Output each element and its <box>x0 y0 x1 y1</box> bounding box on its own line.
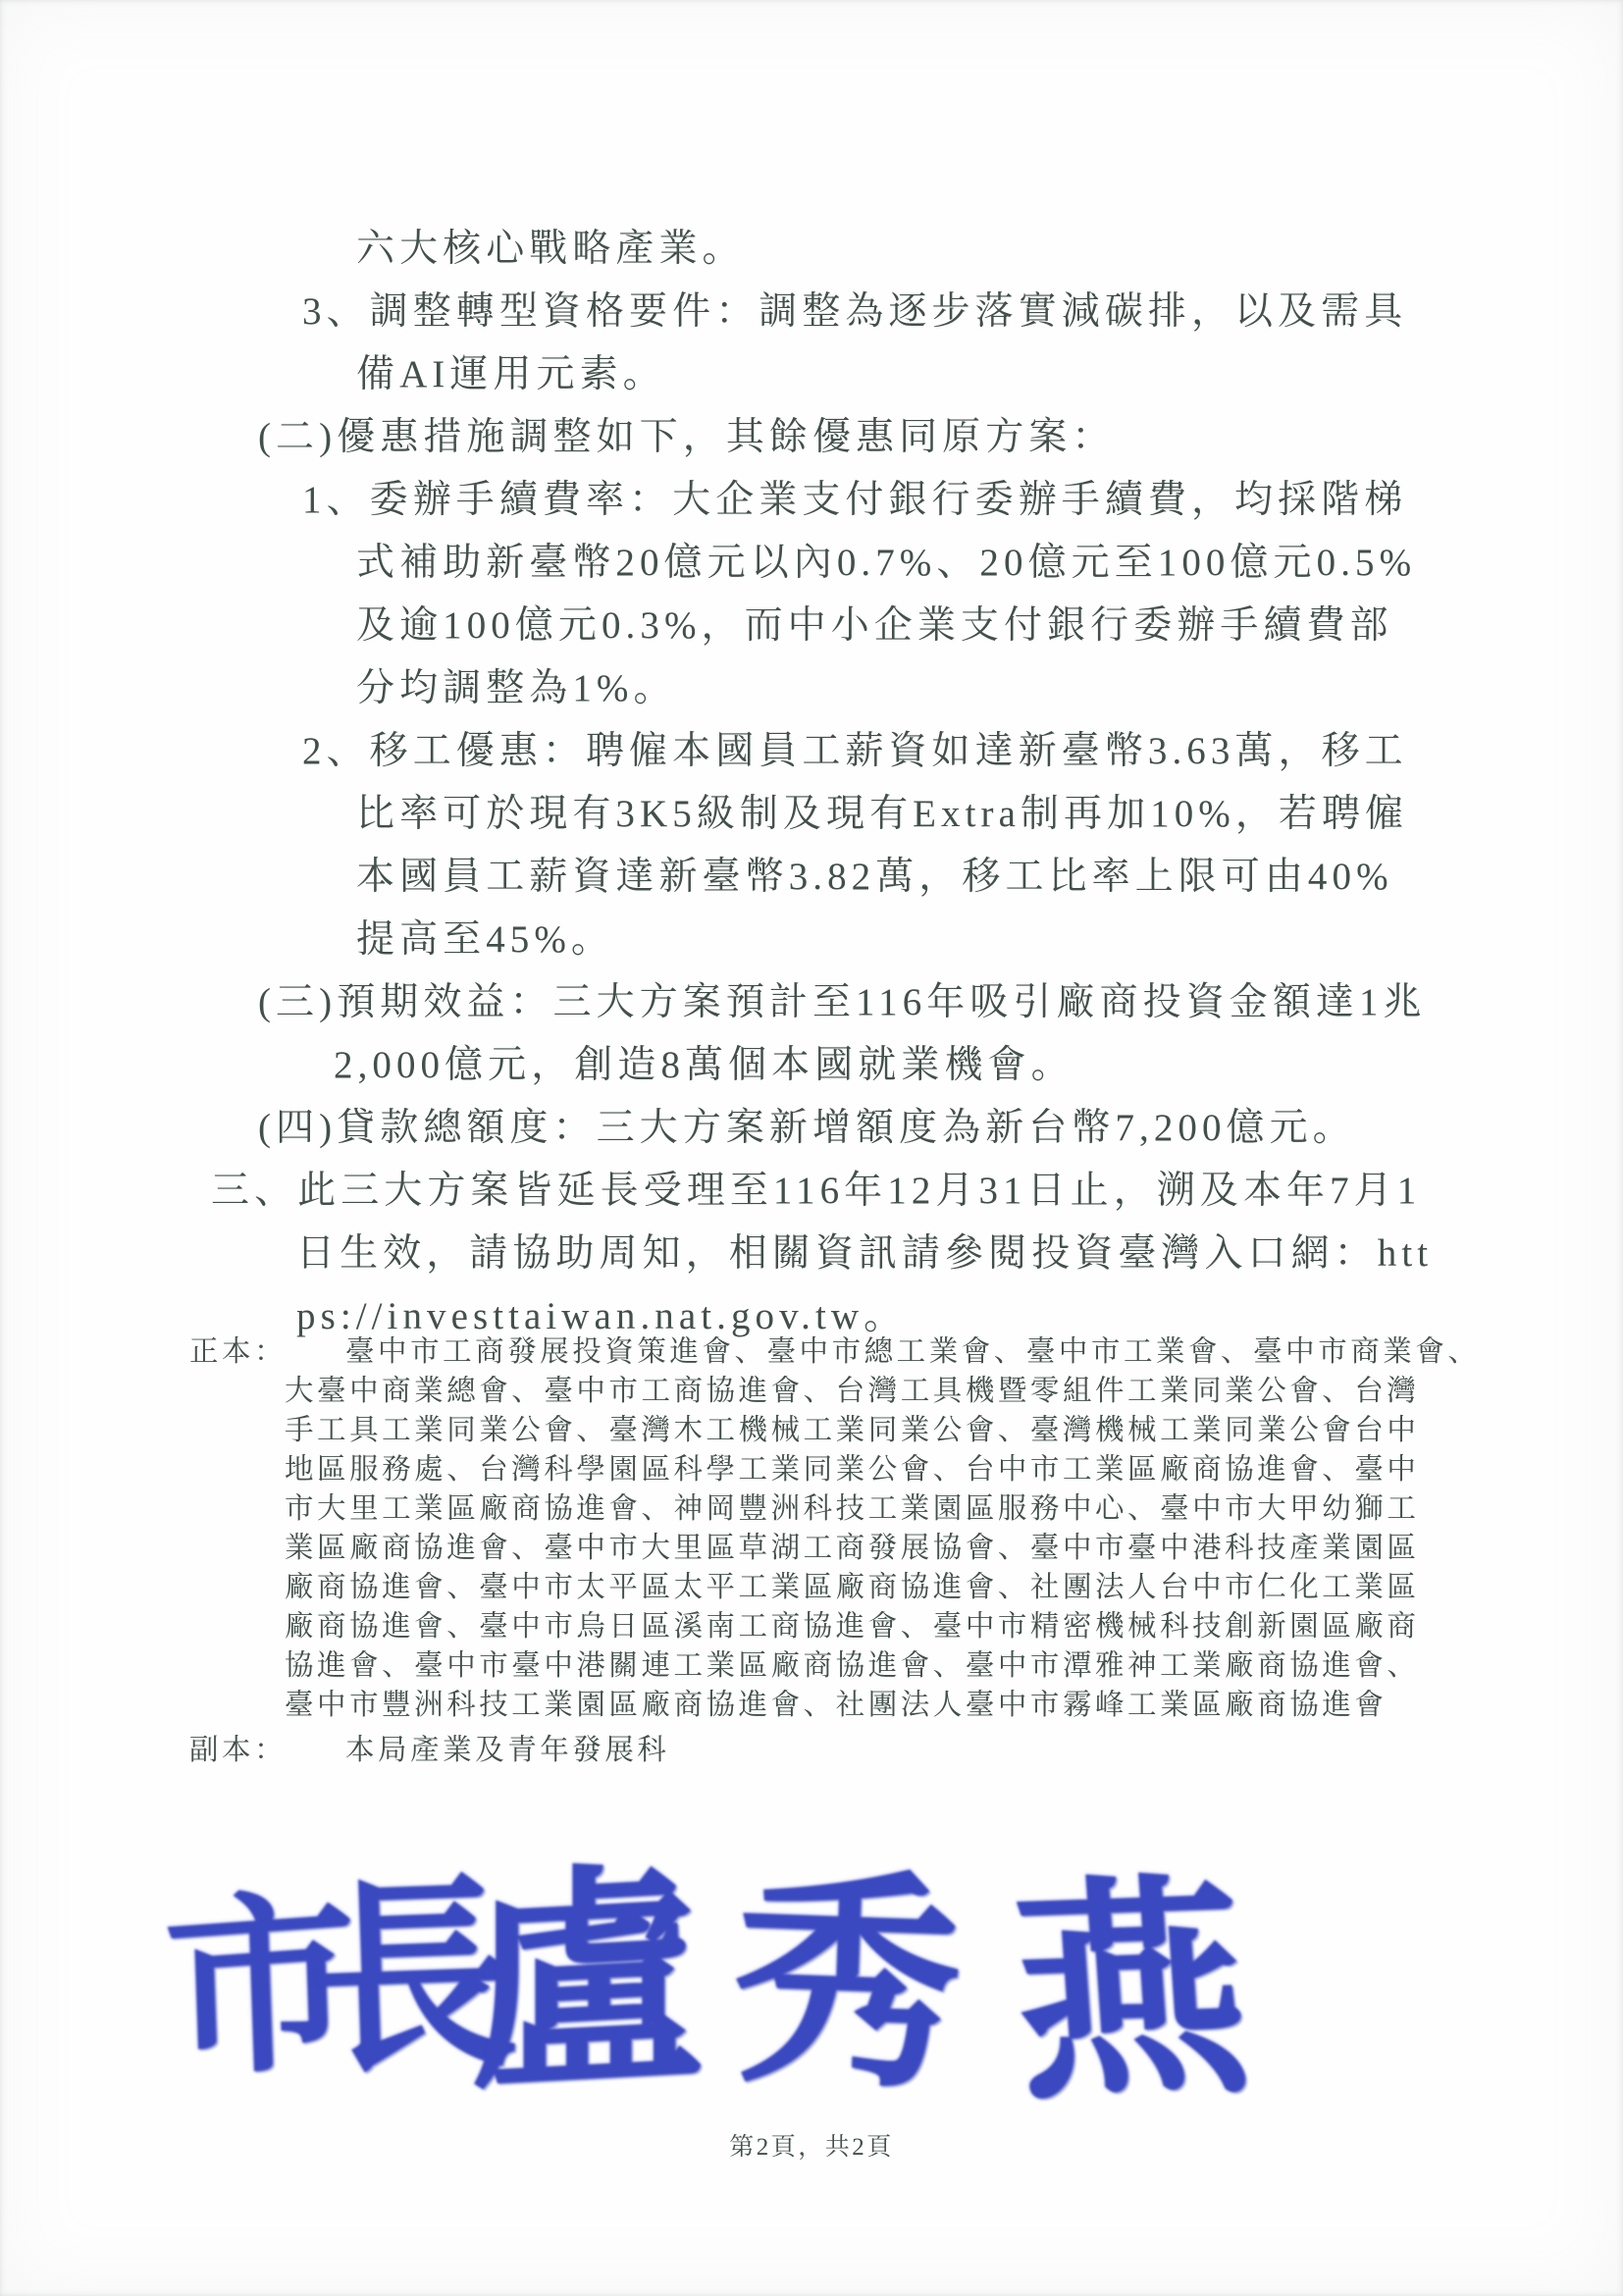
signature-character: 市 <box>160 1826 360 2114</box>
mayor-signature-stamp: 市 長 盧 秀 燕 <box>0 1796 1623 2119</box>
recipient-line: 業區廠商協進會、臺中市大里區草湖工商發展協會、臺中市臺中港科技產業園區 <box>285 1529 1623 1568</box>
recipient-line: 廠商協進會、臺中市烏日區溪南工商協進會、臺中市精密機械科技創新園區廠商 <box>285 1607 1623 1646</box>
body-line: 提高至45%。 <box>356 909 1623 971</box>
body-line: (三)預期效益：三大方案預計至116年吸引廠商投資金額達1兆 <box>258 971 1623 1034</box>
signature-character: 盧 <box>469 1790 703 2138</box>
signature-character: 長 <box>305 1809 521 2113</box>
recipient-line: 協進會、臺中市臺中港關連工業區廠商協進會、臺中市潭雅神工業廠商協進會、 <box>285 1646 1623 1686</box>
body-line: 本國員工薪資達新臺幣3.82萬，移工比率上限可由40% <box>356 846 1623 909</box>
copy-recipients-lines: 本局產業及青年發展科 <box>285 1731 1623 1770</box>
body-line: 及逾100億元0.3%，而中小企業支付銀行委辦手續費部 <box>356 595 1623 657</box>
body-line: (二)優惠措施調整如下，其餘優惠同原方案： <box>258 406 1623 469</box>
body-line: 3、調整轉型資格要件：調整為逐步落實減碳排，以及需具 <box>302 281 1623 343</box>
copy-recipients-label: 副本： <box>189 1731 287 1770</box>
body-line: 備AI運用元素。 <box>356 343 1623 406</box>
body-line: 2,000億元，創造8萬個本國就業機會。 <box>334 1034 1623 1097</box>
body-line: 1、委辦手續費率：大企業支付銀行委辦手續費，均採階梯 <box>302 469 1623 532</box>
body-line: 日生效，請協助周知，相關資訊請參閱投資臺灣入口網：htt <box>296 1223 1623 1285</box>
recipient-line: 廠商協進會、臺中市太平區太平工業區廠商協進會、社團法人台中市仁化工業區 <box>285 1568 1623 1607</box>
body-line: 分均調整為1%。 <box>356 657 1623 720</box>
recipient-line: 市大里工業區廠商協進會、神岡豐洲科技工業園區服務中心、臺中市大甲幼獅工 <box>285 1489 1623 1529</box>
recipient-line: 臺中市工商發展投資策進會、臺中市總工業會、臺中市工業會、臺中市商業會、 <box>285 1332 1623 1372</box>
original-recipients-lines: 臺中市工商發展投資策進會、臺中市總工業會、臺中市工業會、臺中市商業會、 大臺中商… <box>285 1332 1623 1725</box>
original-recipients-row: 正本： 臺中市工商發展投資策進會、臺中市總工業會、臺中市工業會、臺中市商業會、 … <box>0 1332 1623 1725</box>
signature-character: 秀 <box>728 1798 967 2132</box>
scanned-document-page: 六大核心戰略產業。 3、調整轉型資格要件：調整為逐步落實減碳排，以及需具 備AI… <box>0 0 1623 2296</box>
signature-character: 燕 <box>1001 1801 1258 2145</box>
body-line: 式補助新臺幣20億元以內0.7%、20億元至100億元0.5% <box>356 532 1623 595</box>
recipient-line: 大臺中商業總會、臺中市工商協進會、台灣工具機暨零組件工業同業公會、台灣 <box>285 1372 1623 1411</box>
recipient-line: 臺中市豐洲科技工業園區廠商協進會、社團法人臺中市霧峰工業區廠商協進會 <box>285 1686 1623 1725</box>
body-line: 三、此三大方案皆延長受理至116年12月31日止，溯及本年7月1 <box>211 1160 1623 1223</box>
document-body: 六大核心戰略產業。 3、調整轉型資格要件：調整為逐步落實減碳排，以及需具 備AI… <box>0 218 1623 1348</box>
page-number-footer: 第2頁，共2頁 <box>0 2127 1623 2163</box>
recipient-line: 地區服務處、台灣科學園區科學工業同業公會、台中市工業區廠商協進會、臺中 <box>285 1450 1623 1489</box>
recipients-block: 正本： 臺中市工商發展投資策進會、臺中市總工業會、臺中市工業會、臺中市商業會、 … <box>0 1332 1623 1770</box>
body-line: (四)貸款總額度：三大方案新增額度為新台幣7,200億元。 <box>258 1097 1623 1160</box>
body-line: 2、移工優惠：聘僱本國員工薪資如達新臺幣3.63萬，移工 <box>302 720 1623 783</box>
recipient-line: 本局產業及青年發展科 <box>285 1731 1623 1770</box>
body-line: 六大核心戰略產業。 <box>356 218 1623 281</box>
recipient-line: 手工具工業同業公會、臺灣木工機械工業同業公會、臺灣機械工業同業公會台中 <box>285 1411 1623 1450</box>
body-line: 比率可於現有3K5級制及現有Extra制再加10%，若聘僱 <box>356 783 1623 846</box>
original-recipients-label: 正本： <box>189 1332 287 1372</box>
copy-recipients-row: 副本： 本局產業及青年發展科 <box>0 1731 1623 1770</box>
